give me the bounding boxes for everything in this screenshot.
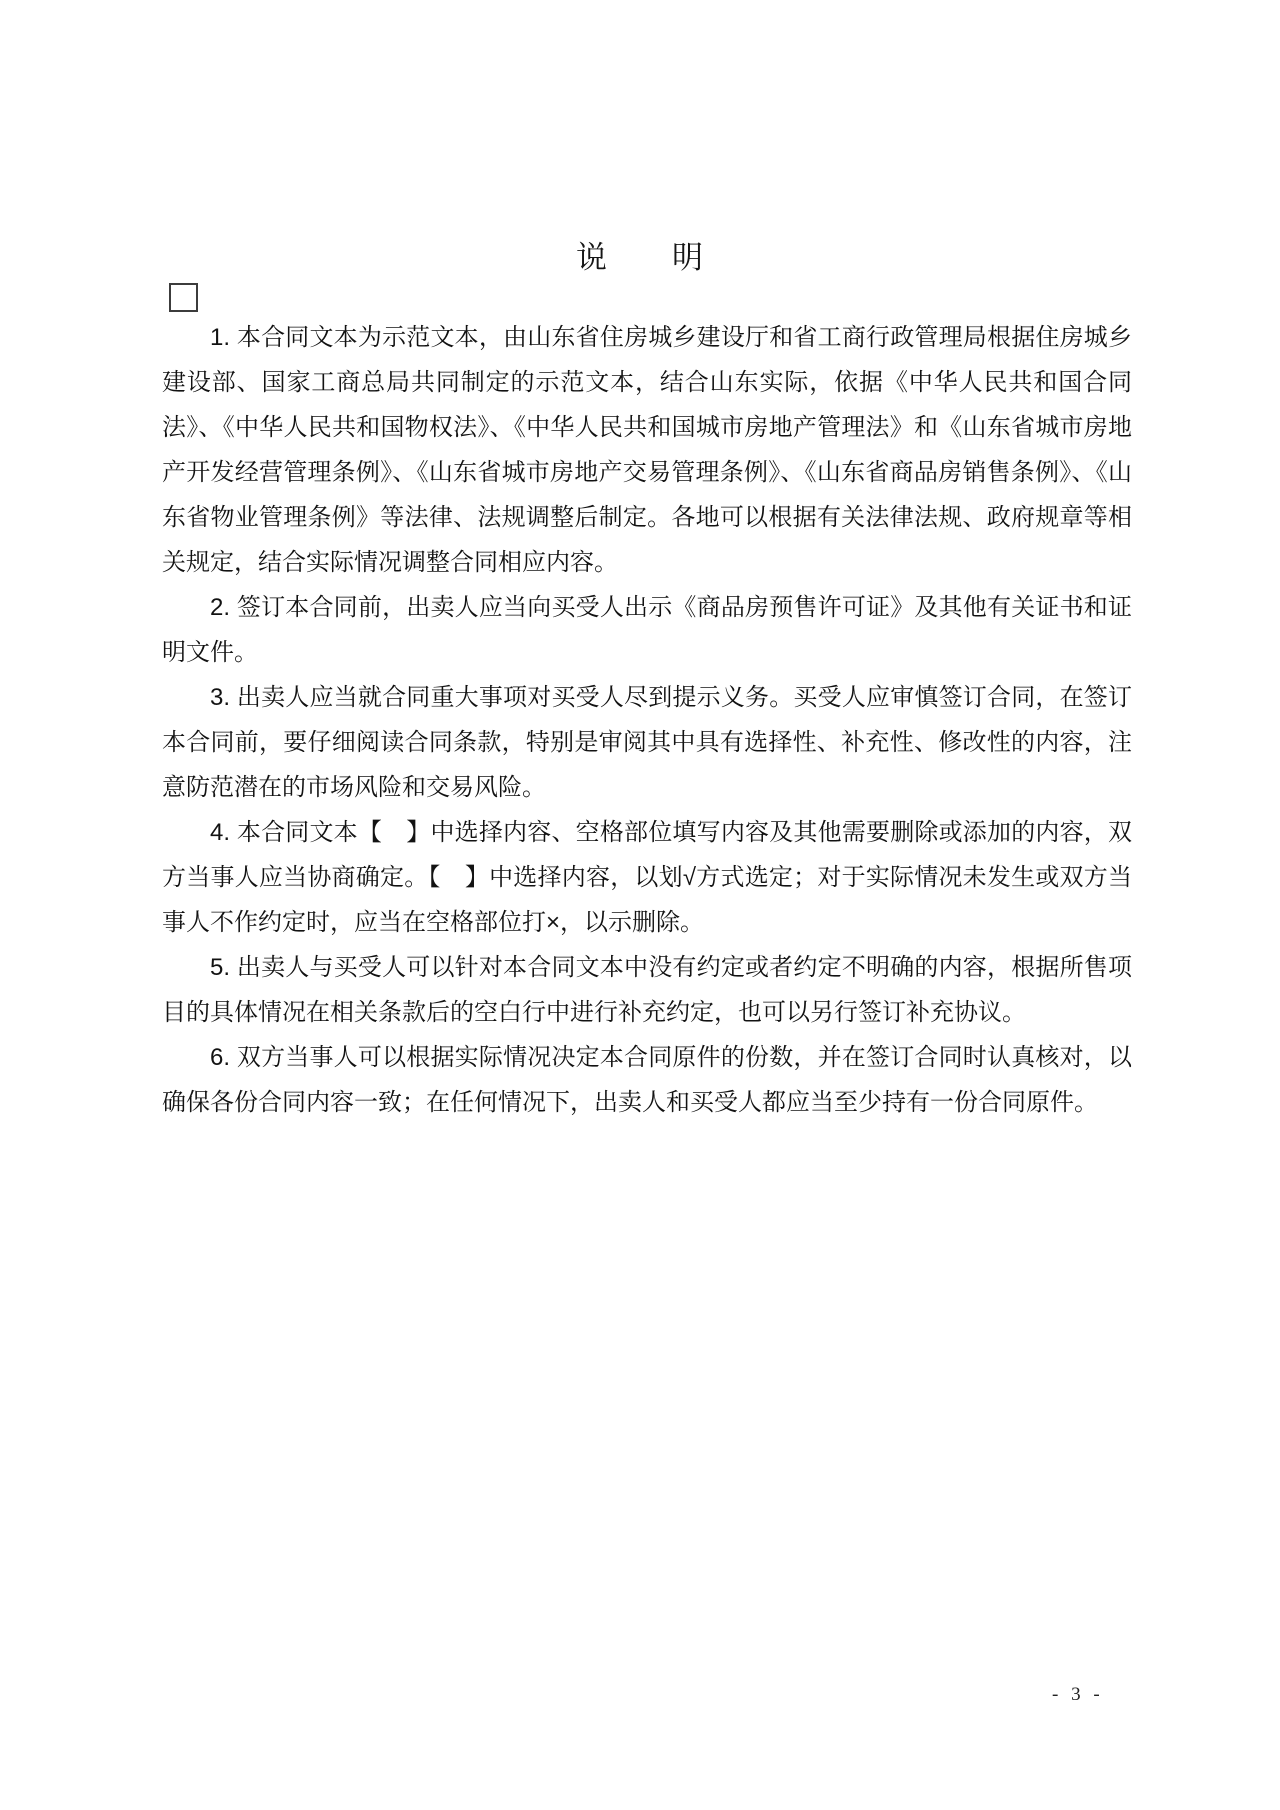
paragraph-5: 5. 出卖人与买受人可以针对本合同文本中没有约定或者约定不明确的内容，根据所售项… [162,945,1132,1035]
paragraph-3: 3. 出卖人应当就合同重大事项对买受人尽到提示义务。买受人应审慎签订合同，在签订… [162,675,1132,810]
paragraph-1: 1. 本合同文本为示范文本，由山东省住房城乡建设厅和省工商行政管理局根据住房城乡… [162,315,1132,585]
paragraph-2: 2. 签订本合同前，出卖人应当向买受人出示《商品房预售许可证》及其他有关证书和证… [162,585,1132,675]
page-number: - 3 - [1052,1684,1104,1706]
empty-square-box [169,283,198,312]
paragraph-6: 6. 双方当事人可以根据实际情况决定本合同原件的份数，并在签订合同时认真核对，以… [162,1035,1132,1125]
document-body: 1. 本合同文本为示范文本，由山东省住房城乡建设厅和省工商行政管理局根据住房城乡… [162,315,1132,1125]
document-page: 说 明 1. 本合同文本为示范文本，由山东省住房城乡建设厅和省工商行政管理局根据… [0,0,1280,1810]
paragraph-4: 4. 本合同文本【 】中选择内容、空格部位填写内容及其他需要删除或添加的内容，双… [162,810,1132,945]
page-title: 说 明 [0,232,1280,277]
